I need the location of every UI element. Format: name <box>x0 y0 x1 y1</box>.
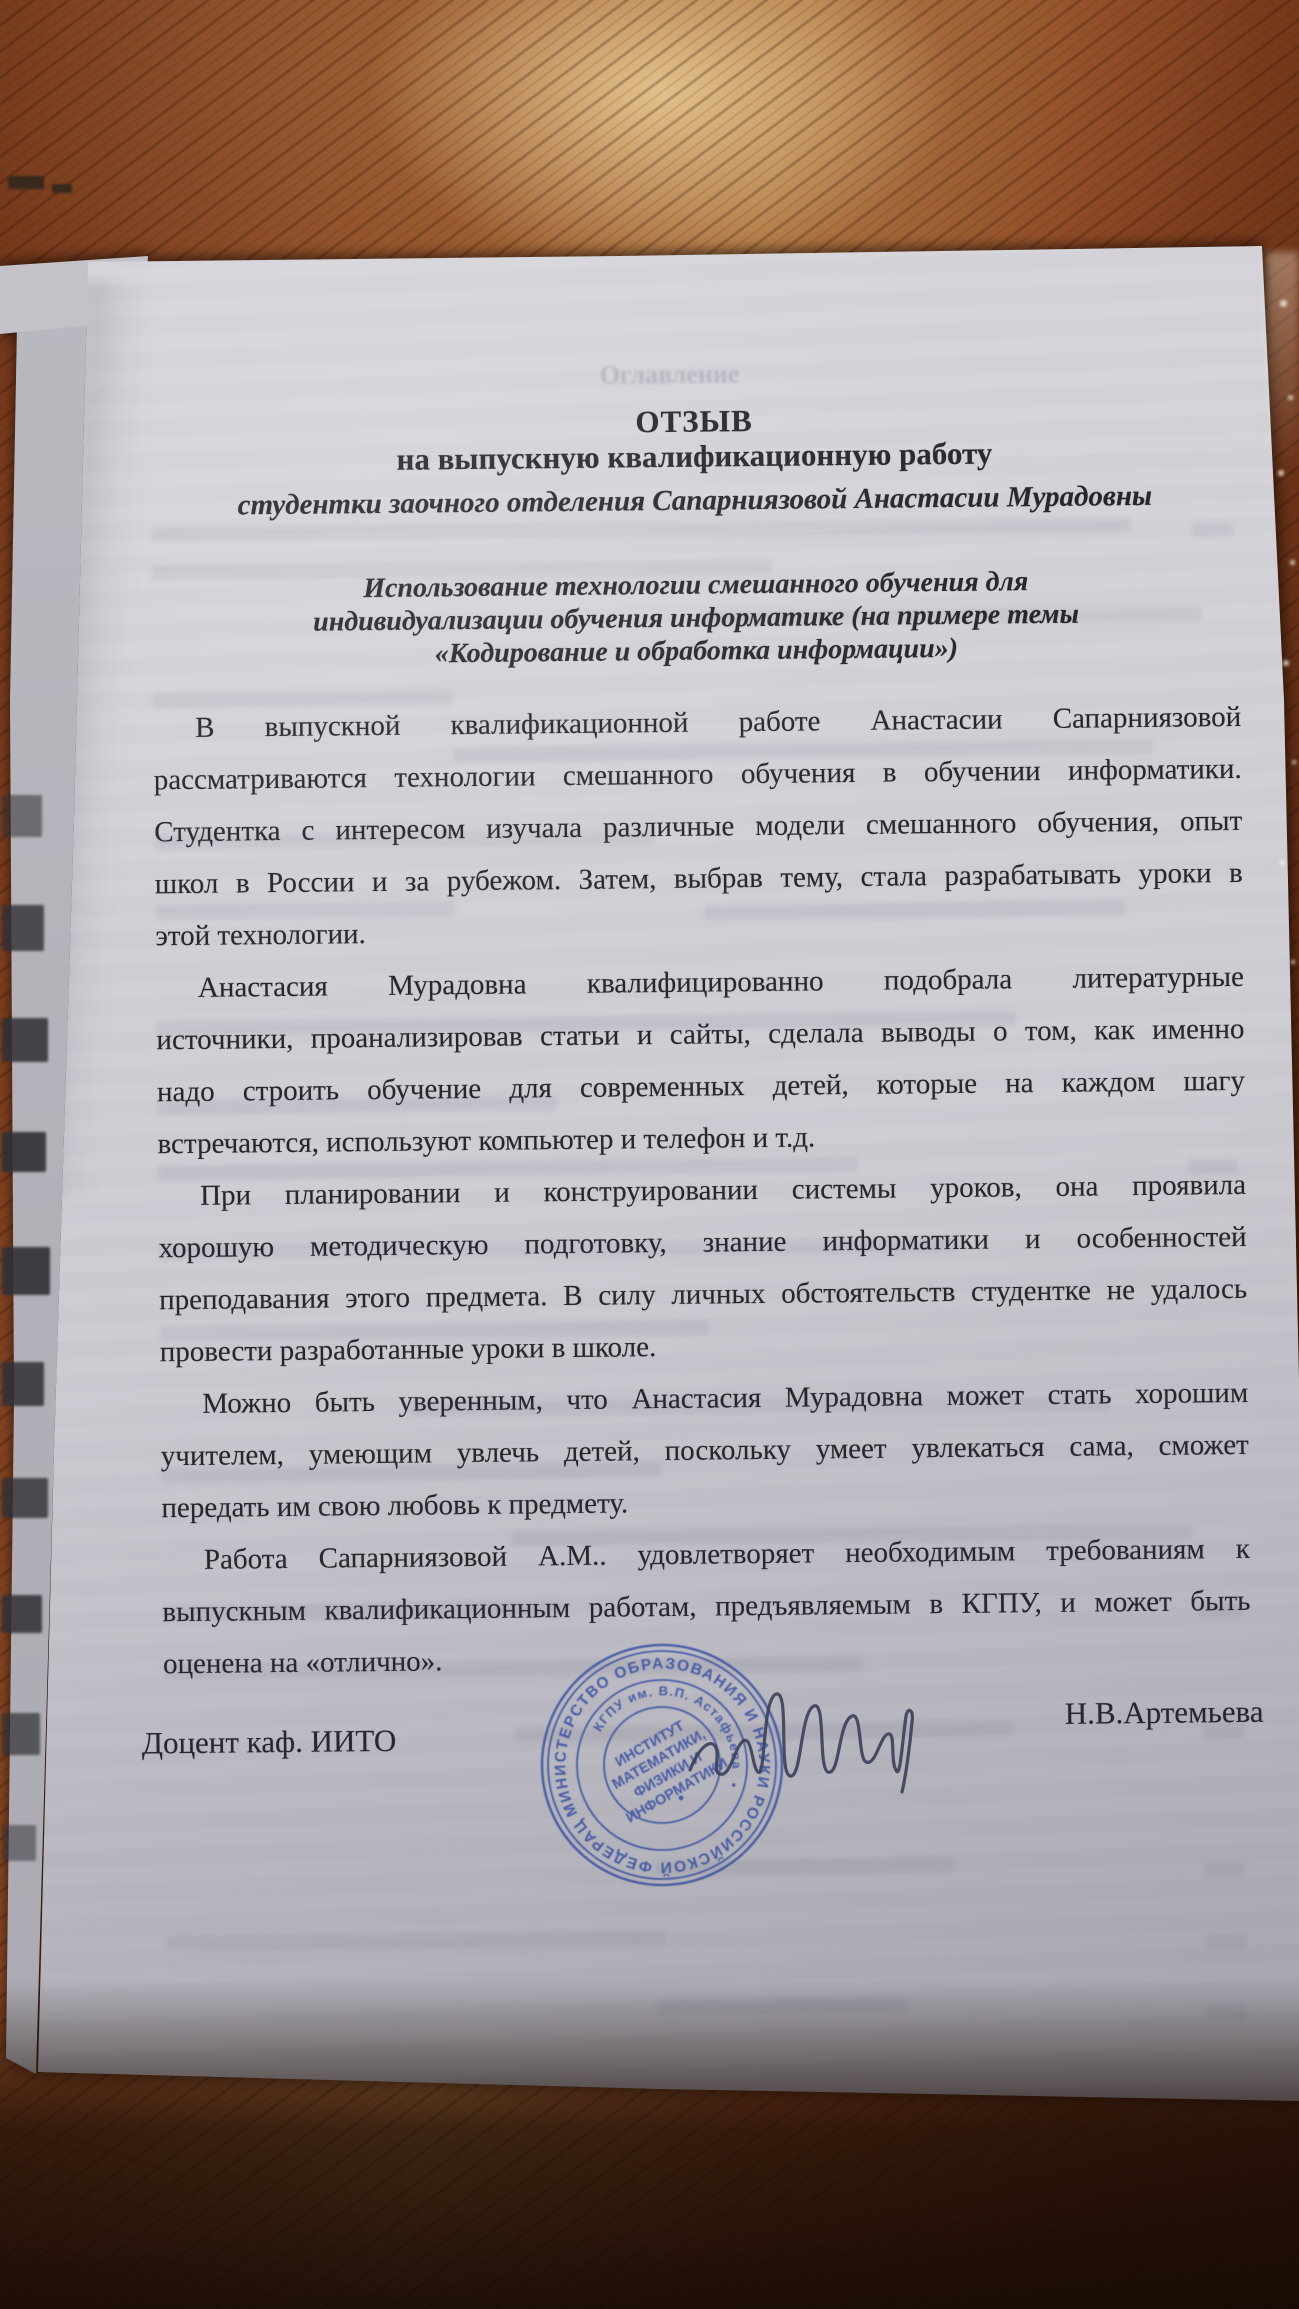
document-page: Оглавление ОТЗЫВ на выпускную квалификац… <box>0 0 1299 2309</box>
plastic-glint <box>1280 860 1285 865</box>
plastic-glint <box>1291 960 1295 964</box>
binding-mark <box>2 1478 48 1518</box>
binding-mark <box>2 1132 46 1172</box>
binding-mark <box>2 795 42 837</box>
binding-mark <box>2 1713 40 1755</box>
binding-mark <box>2 1362 44 1406</box>
lighting-shading <box>0 0 1299 2309</box>
paper-stack: Оглавление ОТЗЫВ на выпускную квалификац… <box>0 0 1299 2309</box>
binding-mark <box>2 1018 48 1062</box>
binding-mark <box>2 1247 50 1295</box>
photo-scene: Оглавление ОТЗЫВ на выпускную квалификац… <box>0 0 1299 2309</box>
plastic-glint <box>1292 760 1296 764</box>
binding-mark <box>2 1825 36 1861</box>
binding-mark <box>2 1595 42 1633</box>
plastic-glint-strip <box>1266 252 1299 472</box>
plastic-glint <box>1283 660 1289 666</box>
binding-mark <box>2 905 44 951</box>
plastic-glint <box>1290 560 1295 565</box>
table-shadow-bottom <box>0 1980 1299 2309</box>
